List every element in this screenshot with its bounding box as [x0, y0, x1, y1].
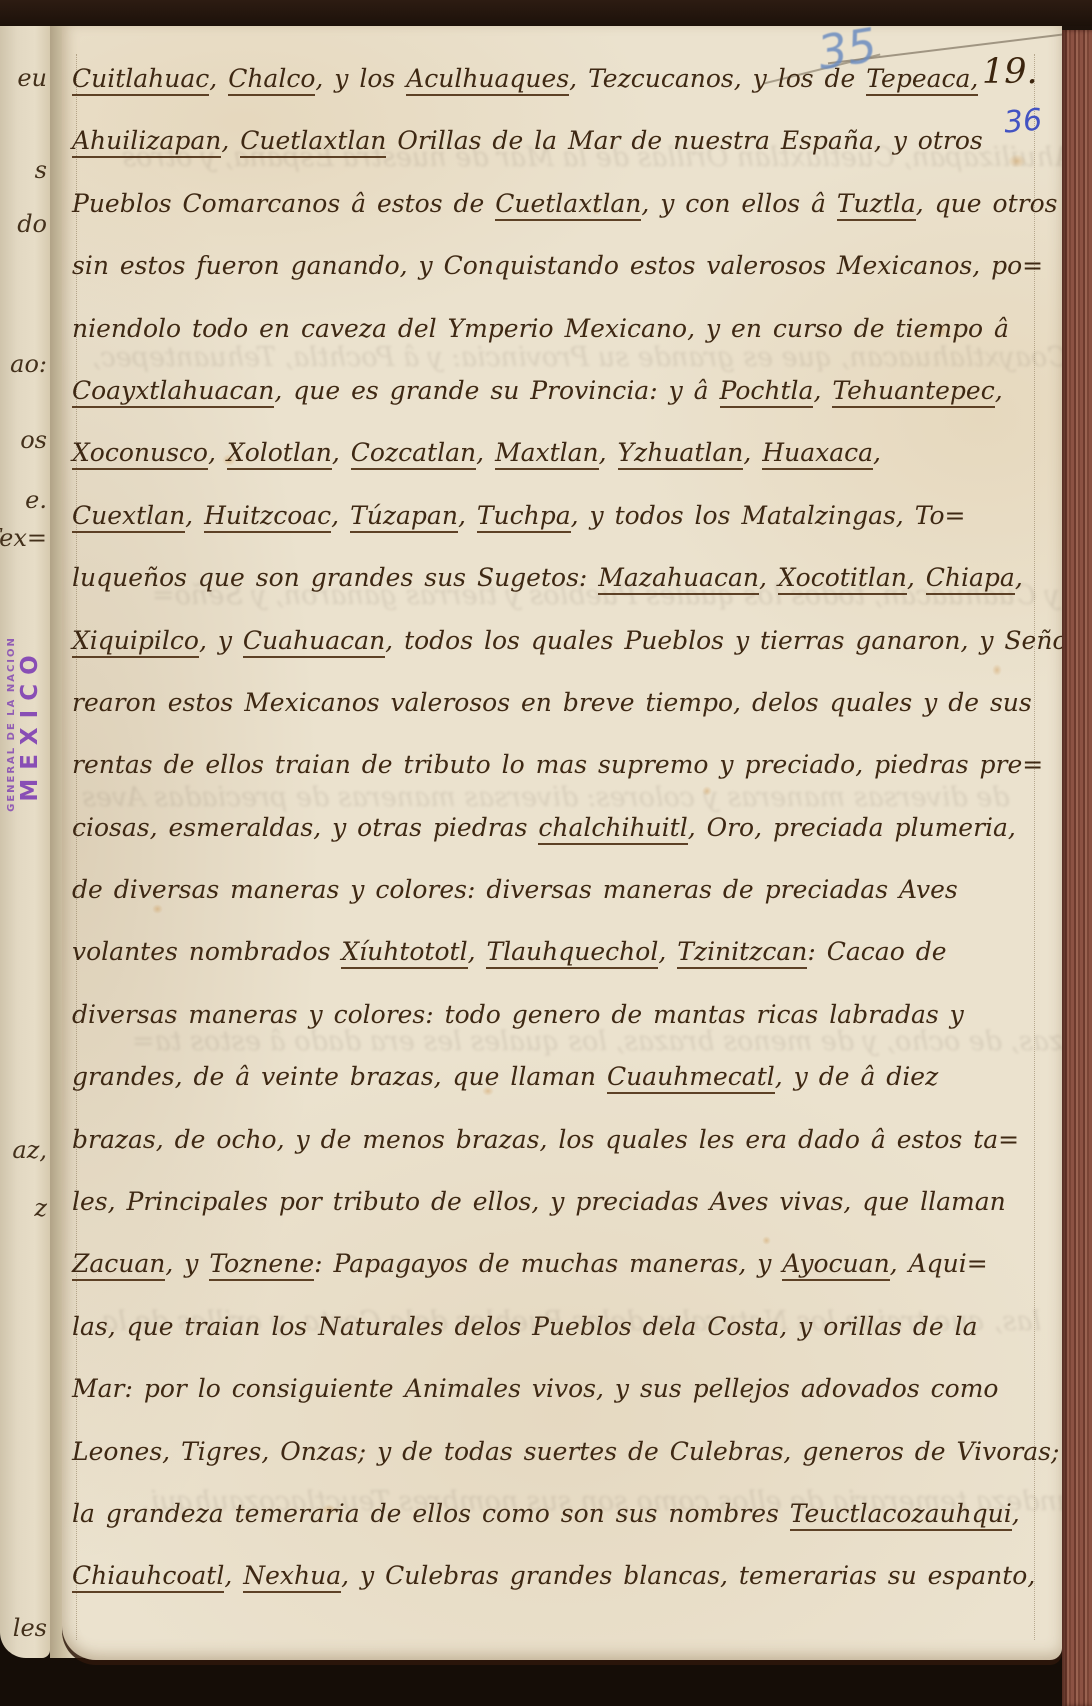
underlined-word: Cuextlan: [72, 501, 185, 533]
text-segment: , y: [199, 626, 243, 655]
archive-stamp-large-line: MEXICO: [17, 604, 43, 844]
text-segment: ,: [185, 501, 204, 530]
text-line: niendolo todo en caveza del Ymperio Mexi…: [72, 298, 1056, 360]
text-segment: rearon estos Mexicanos valerosos en brev…: [72, 688, 1032, 717]
text-line: volantes nombrados Xíuhtototl, Tlauhquec…: [72, 921, 1056, 983]
underlined-word: Tuchpa: [477, 501, 571, 533]
text-segment: ,: [332, 438, 351, 467]
text-segment: las, que traian los Naturales delos Pueb…: [72, 1312, 978, 1341]
underlined-word: Teuctlacozauhqui: [790, 1499, 1012, 1531]
underlined-word: Chalco: [228, 64, 315, 96]
underlined-word: chalchihuitl: [538, 813, 687, 845]
underlined-word: Yzhuatlan: [618, 438, 744, 470]
text-segment: Mar: por lo consiguiente Animales vivos,…: [72, 1374, 998, 1403]
text-line: Xoconusco, Xolotlan, Cozcatlan, Maxtlan,…: [72, 422, 1056, 484]
underlined-word: Ahuilizapan: [72, 126, 221, 158]
text-segment: , Aqui=: [890, 1249, 988, 1278]
text-segment: ,: [208, 438, 227, 467]
text-segment: les, Principales por tributo de ellos, y…: [72, 1187, 1006, 1216]
text-segment: ,: [907, 563, 926, 592]
underlined-word: Zacuan: [72, 1249, 165, 1281]
text-segment: Leones, Tigres, Onzas; y de todas suerte…: [72, 1437, 1059, 1466]
text-line: brazas, de ocho, y de menos brazas, los …: [72, 1109, 1056, 1171]
text-segment: grandes, de â veinte brazas, que llaman: [72, 1062, 607, 1091]
underlined-word: Chiauhcoatl: [72, 1561, 224, 1593]
text-segment: ,: [873, 438, 881, 467]
underlined-word: Xoconusco: [72, 438, 208, 470]
text-segment: Orillas de la Mar de nuestra España, y o…: [386, 126, 982, 155]
text-segment: Pueblos Comarcanos â estos de: [72, 189, 495, 218]
underlined-word: Coayxtlahuacan: [72, 376, 274, 408]
text-line: Coayxtlahuacan, que es grande su Provinc…: [72, 360, 1056, 422]
underlined-word: Cuitlahuac: [72, 64, 209, 96]
text-segment: , y Culebras grandes blancas, temerarias…: [341, 1561, 1035, 1590]
underlined-word: Cuauhmecatl: [607, 1062, 775, 1094]
text-line: rentas de ellos traian de tributo lo mas…: [72, 734, 1056, 796]
underlined-word: Tlauhquechol: [486, 937, 658, 969]
text-segment: ,: [1015, 563, 1023, 592]
text-line: Zacuan, y Toznene: Papagayos de muchas m…: [72, 1233, 1056, 1295]
edge-text-fragment: az,: [12, 1136, 47, 1164]
text-line: rearon estos Mexicanos valerosos en brev…: [72, 672, 1056, 734]
text-segment: , y todos los Matalzingas, To=: [571, 501, 966, 530]
text-segment: rentas de ellos traian de tributo lo mas…: [72, 750, 1043, 779]
text-segment: : Papagayos de muchas maneras, y: [314, 1249, 782, 1278]
text-segment: ,: [743, 438, 762, 467]
text-segment: ,: [458, 501, 477, 530]
text-line: les, Principales por tributo de ellos, y…: [72, 1171, 1056, 1233]
text-segment: ,: [813, 376, 832, 405]
edge-text-fragment: s: [35, 156, 47, 184]
text-segment: la grandeza temeraria de ellos como son …: [72, 1499, 790, 1528]
underlined-word: Maxtlan: [495, 438, 599, 470]
archive-stamp-text: GENERAL DE LA NACION MEXICO: [6, 604, 43, 844]
text-segment: , Tezcucanos, y los de: [569, 64, 866, 93]
manuscript-photo: eusdoao:ose.Tex=az,zles Ahuilizapan, Cue…: [0, 0, 1092, 1706]
text-segment: , y los: [315, 64, 406, 93]
text-segment: sin estos fueron ganando, y Conquistando…: [72, 251, 1043, 280]
text-segment: ,: [599, 438, 618, 467]
text-line: ciosas, esmeraldas, y otras piedras chal…: [72, 797, 1056, 859]
text-line: sin estos fueron ganando, y Conquistando…: [72, 235, 1056, 297]
underlined-word: Xocotitlan: [778, 563, 907, 595]
edge-text-fragment: eu: [17, 64, 47, 92]
text-line: la grandeza temeraria de ellos como son …: [72, 1483, 1056, 1545]
edge-text-fragment: os: [20, 426, 47, 454]
underlined-word: Xiquipilco: [72, 626, 199, 658]
text-segment: diversas maneras y colores: todo genero …: [72, 1000, 964, 1029]
underlined-word: Aculhuaques: [406, 64, 569, 96]
text-line: Mar: por lo consiguiente Animales vivos,…: [72, 1358, 1056, 1420]
underlined-word: Cozcatlan: [351, 438, 476, 470]
edge-text-fragment: les: [13, 1614, 47, 1642]
text-line: Xiquipilco, y Cuahuacan, todos los quale…: [72, 610, 1056, 672]
manuscript-text: Cuitlahuac, Chalco, y los Aculhuaques, T…: [72, 48, 1056, 1608]
text-segment: ,: [468, 937, 487, 966]
underlined-word: Cuetlaxtlan: [240, 126, 386, 158]
underlined-word: Toznene: [209, 1249, 314, 1281]
text-line: Chiauhcoatl, Nexhua, y Culebras grandes …: [72, 1545, 1056, 1607]
text-line: Ahuilizapan, Cuetlaxtlan Orillas de la M…: [72, 110, 1056, 172]
underlined-word: Tehuantepec: [832, 376, 994, 408]
text-segment: , y con ellos â: [641, 189, 837, 218]
underlined-word: Ayocuan: [782, 1249, 889, 1281]
text-line: luqueños que son grandes sus Sugetos: Ma…: [72, 547, 1056, 609]
underlined-word: Xíuhtototl: [341, 937, 467, 969]
text-line: las, que traian los Naturales delos Pueb…: [72, 1296, 1056, 1358]
text-segment: ,: [476, 438, 495, 467]
underlined-word: Huaxaca: [762, 438, 873, 470]
book-fore-edge: [1062, 30, 1092, 1706]
archive-stamp-small-line: GENERAL DE LA NACION: [6, 604, 17, 844]
underlined-word: Túzapan: [350, 501, 458, 533]
text-segment: niendolo todo en caveza del Ymperio Mexi…: [72, 314, 1009, 343]
text-line: grandes, de â veinte brazas, que llaman …: [72, 1046, 1056, 1108]
underlined-word: Tepeaca,: [866, 64, 978, 96]
text-line: Leones, Tigres, Onzas; y de todas suerte…: [72, 1421, 1056, 1483]
underlined-word: Pochtla: [720, 376, 814, 408]
text-line: Pueblos Comarcanos â estos de Cuetlaxtla…: [72, 173, 1056, 235]
text-segment: , todos los quales Pueblos y tierras gan…: [385, 626, 1062, 655]
text-segment: ,: [1012, 1499, 1020, 1528]
text-segment: , que es grande su Provincia: y â: [274, 376, 719, 405]
underlined-word: Tuztla: [837, 189, 916, 221]
text-line: diversas maneras y colores: todo genero …: [72, 984, 1056, 1046]
edge-text-fragment: z: [34, 1194, 47, 1222]
manuscript-page: Ahuilizapan, Cuetlaxtlan Orillas de la M…: [62, 24, 1062, 1660]
underlined-word: Xolotlan: [227, 438, 332, 470]
text-segment: ,: [658, 937, 677, 966]
edge-text-fragment: ao:: [10, 350, 47, 378]
text-line: Cuitlahuac, Chalco, y los Aculhuaques, T…: [72, 48, 1056, 110]
text-segment: , que otros: [916, 189, 1058, 218]
text-segment: de diversas maneras y colores: diversas …: [72, 875, 958, 904]
text-segment: ciosas, esmeraldas, y otras piedras: [72, 813, 538, 842]
text-segment: ,: [995, 376, 1003, 405]
underlined-word: Nexhua: [243, 1561, 341, 1593]
binding-top-edge: [0, 0, 1092, 26]
text-line: de diversas maneras y colores: diversas …: [72, 859, 1056, 921]
underlined-word: Mazahuacan: [598, 563, 759, 595]
underlined-word: Cuetlaxtlan: [495, 189, 641, 221]
text-segment: ,: [221, 126, 240, 155]
edge-text-fragment: do: [17, 210, 47, 238]
edge-text-fragment: Tex=: [0, 524, 47, 552]
text-segment: , Oro, preciada plumeria,: [688, 813, 1016, 842]
text-segment: luqueños que son grandes sus Sugetos:: [72, 563, 598, 592]
underlined-word: Chiapa: [926, 563, 1015, 595]
text-segment: ,: [759, 563, 778, 592]
underlined-word: Tzinitzcan: [677, 937, 807, 969]
text-segment: , y: [165, 1249, 209, 1278]
text-line: Cuextlan, Huitzcoac, Túzapan, Tuchpa, y …: [72, 485, 1056, 547]
text-segment: : Cacao de: [807, 937, 946, 966]
underlined-word: Cuahuacan: [243, 626, 385, 658]
text-segment: ,: [331, 501, 350, 530]
text-segment: ,: [224, 1561, 243, 1590]
text-segment: ,: [209, 64, 228, 93]
text-segment: brazas, de ocho, y de menos brazas, los …: [72, 1125, 1019, 1154]
underlined-word: Huitzcoac: [204, 501, 331, 533]
edge-text-fragment: e.: [25, 486, 47, 514]
text-segment: volantes nombrados: [72, 937, 341, 966]
text-segment: , y de â diez: [775, 1062, 939, 1091]
